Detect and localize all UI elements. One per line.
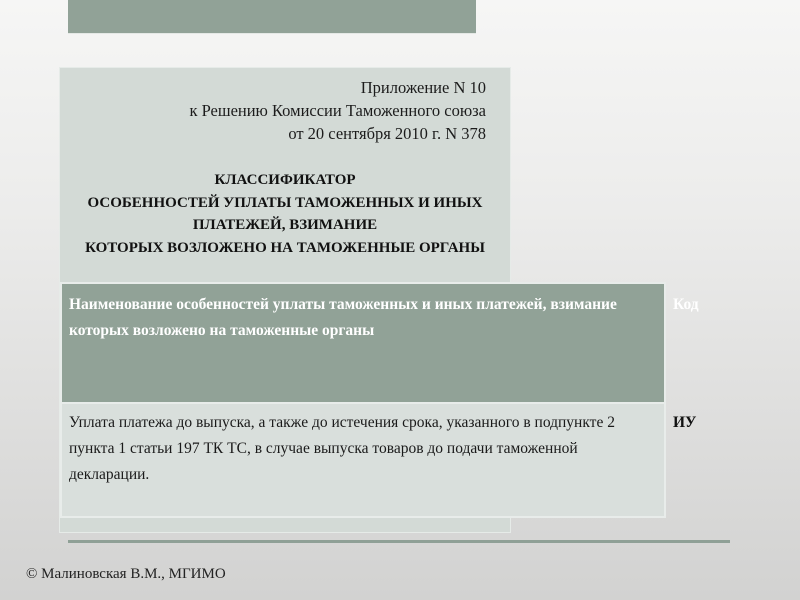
slide-content-panel: Приложение N 10 к Решению Комиссии Тамож…: [59, 67, 511, 533]
document-title: КЛАССИФИКАТОР ОСОБЕННОСТЕЙ УПЛАТЫ ТАМОЖЕ…: [60, 169, 510, 259]
footer-divider: [68, 540, 730, 543]
title-line-4: КОТОРЫХ ВОЗЛОЖЕНО НА ТАМОЖЕННЫЕ ОРГАНЫ: [60, 237, 510, 260]
copyright-notice: © Малиновская В.М., МГИМО: [26, 566, 226, 583]
title-line-1: КЛАССИФИКАТОР: [60, 169, 510, 192]
appendix-number: Приложение N 10: [189, 76, 486, 99]
appendix-reference: Приложение N 10 к Решению Комиссии Тамож…: [189, 76, 486, 145]
appendix-decision: к Решению Комиссии Таможенного союза: [189, 99, 486, 122]
decorative-top-band: [68, 0, 476, 34]
title-line-3: ПЛАТЕЖЕЙ, ВЗИМАНИЕ: [60, 214, 510, 237]
title-line-2: ОСОБЕННОСТЕЙ УПЛАТЫ ТАМОЖЕННЫХ И ИНЫХ: [60, 192, 510, 215]
row-description: Уплата платежа до выпуска, а также до ис…: [61, 403, 665, 517]
appendix-date: от 20 сентября 2010 г. N 378: [189, 122, 486, 145]
header-description: Наименование особенностей уплаты таможен…: [61, 283, 665, 403]
classifier-table: Наименование особенностей уплаты таможен…: [60, 282, 666, 518]
table-header-row: Наименование особенностей уплаты таможен…: [61, 283, 665, 403]
table-row: Уплата платежа до выпуска, а также до ис…: [61, 403, 665, 517]
